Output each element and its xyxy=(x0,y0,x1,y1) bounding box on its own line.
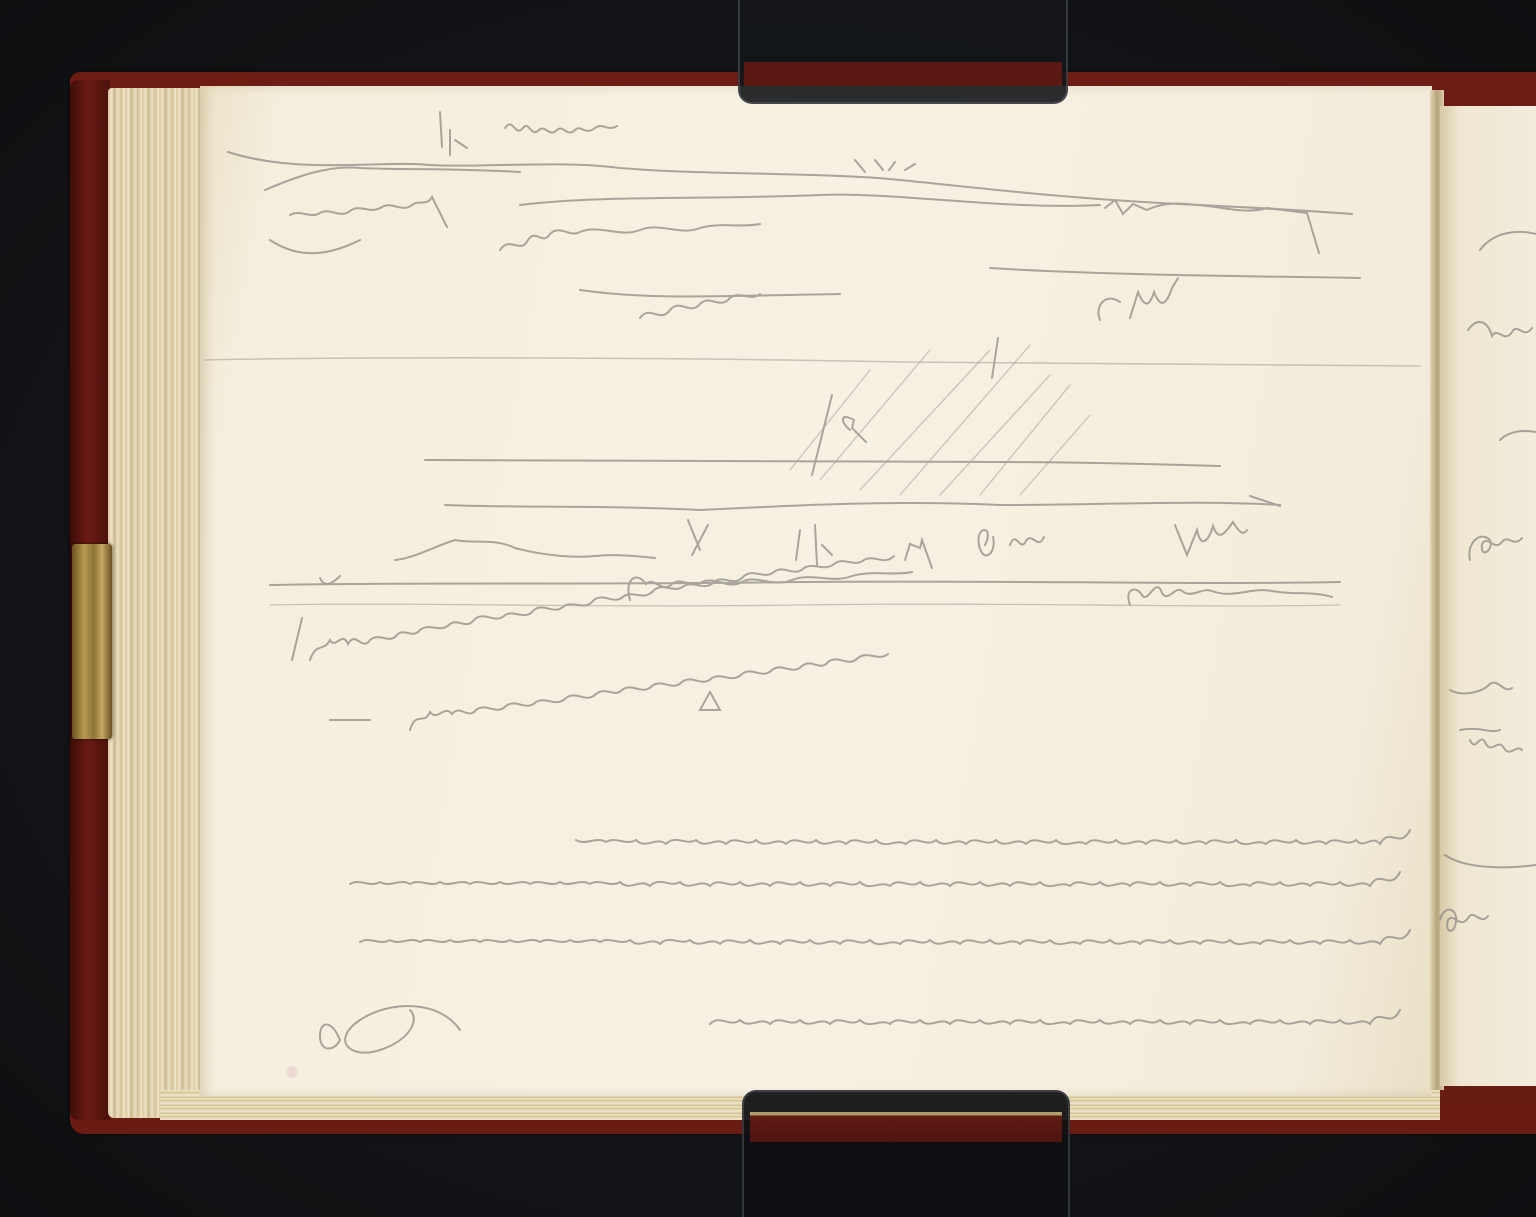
pencil-sketch xyxy=(0,0,1536,1217)
acrylic-stand-bottom xyxy=(742,1090,1070,1217)
acrylic-stand-top xyxy=(738,0,1068,104)
